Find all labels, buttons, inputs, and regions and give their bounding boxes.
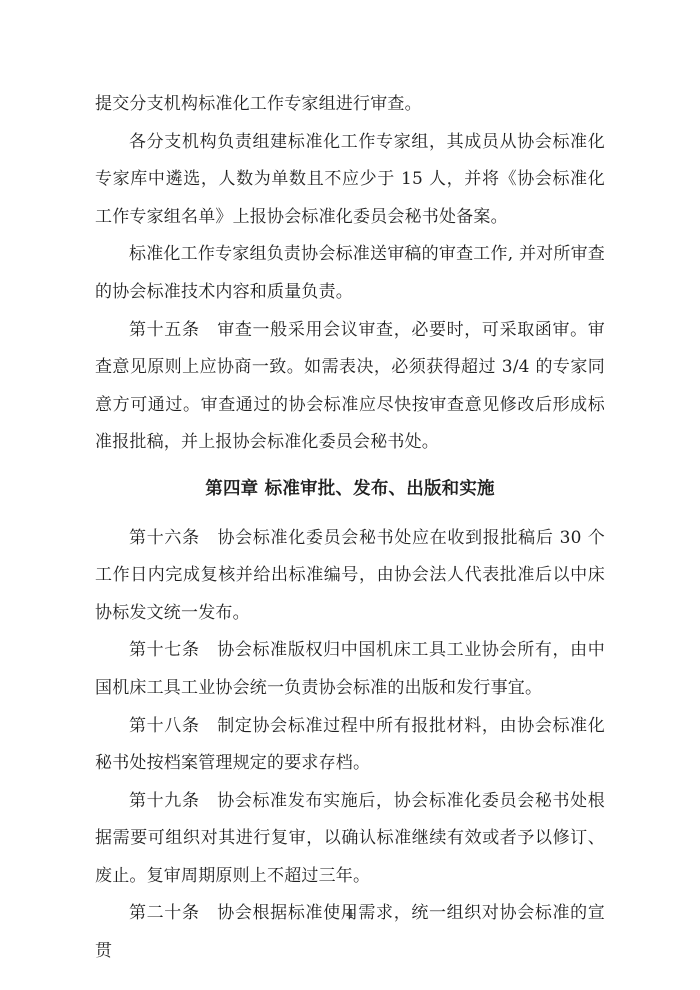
paragraph: 第十七条 协会标准版权归中国机床工具工业协会所有，由中国机床工具工业协会统一负责… — [95, 632, 605, 707]
document-page: 提交分支机构标准化工作专家组进行审查。各分支机构负责组建标准化工作专家组，其成员… — [0, 0, 700, 990]
page-number: 4 — [0, 906, 700, 921]
paragraph: 提交分支机构标准化工作专家组进行审查。 — [95, 86, 605, 124]
paragraph: 第十五条 审查一般采用会议审查，必要时，可采取函审。审查意见原则上应协商一致。如… — [95, 312, 605, 462]
paragraph: 第十九条 协会标准发布实施后，协会标准化委员会秘书处根据需要可组织对其进行复审，… — [95, 783, 605, 896]
document-body: 提交分支机构标准化工作专家组进行审查。各分支机构负责组建标准化工作专家组，其成员… — [95, 86, 605, 971]
paragraph: 标准化工作专家组负责协会标准送审稿的审查工作, 并对所审查的协会标准技术内容和质… — [95, 236, 605, 311]
chapter-heading: 第四章 标准审批、发布、出版和实施 — [95, 471, 605, 509]
paragraph: 各分支机构负责组建标准化工作专家组，其成员从协会标准化专家库中遴选，人数为单数且… — [95, 124, 605, 237]
paragraph: 第十六条 协会标准化委员会秘书处应在收到报批稿后 30 个工作日内完成复核并给出… — [95, 520, 605, 633]
paragraph: 第十八条 制定协会标准过程中所有报批材料，由协会标准化秘书处按档案管理规定的要求… — [95, 708, 605, 783]
